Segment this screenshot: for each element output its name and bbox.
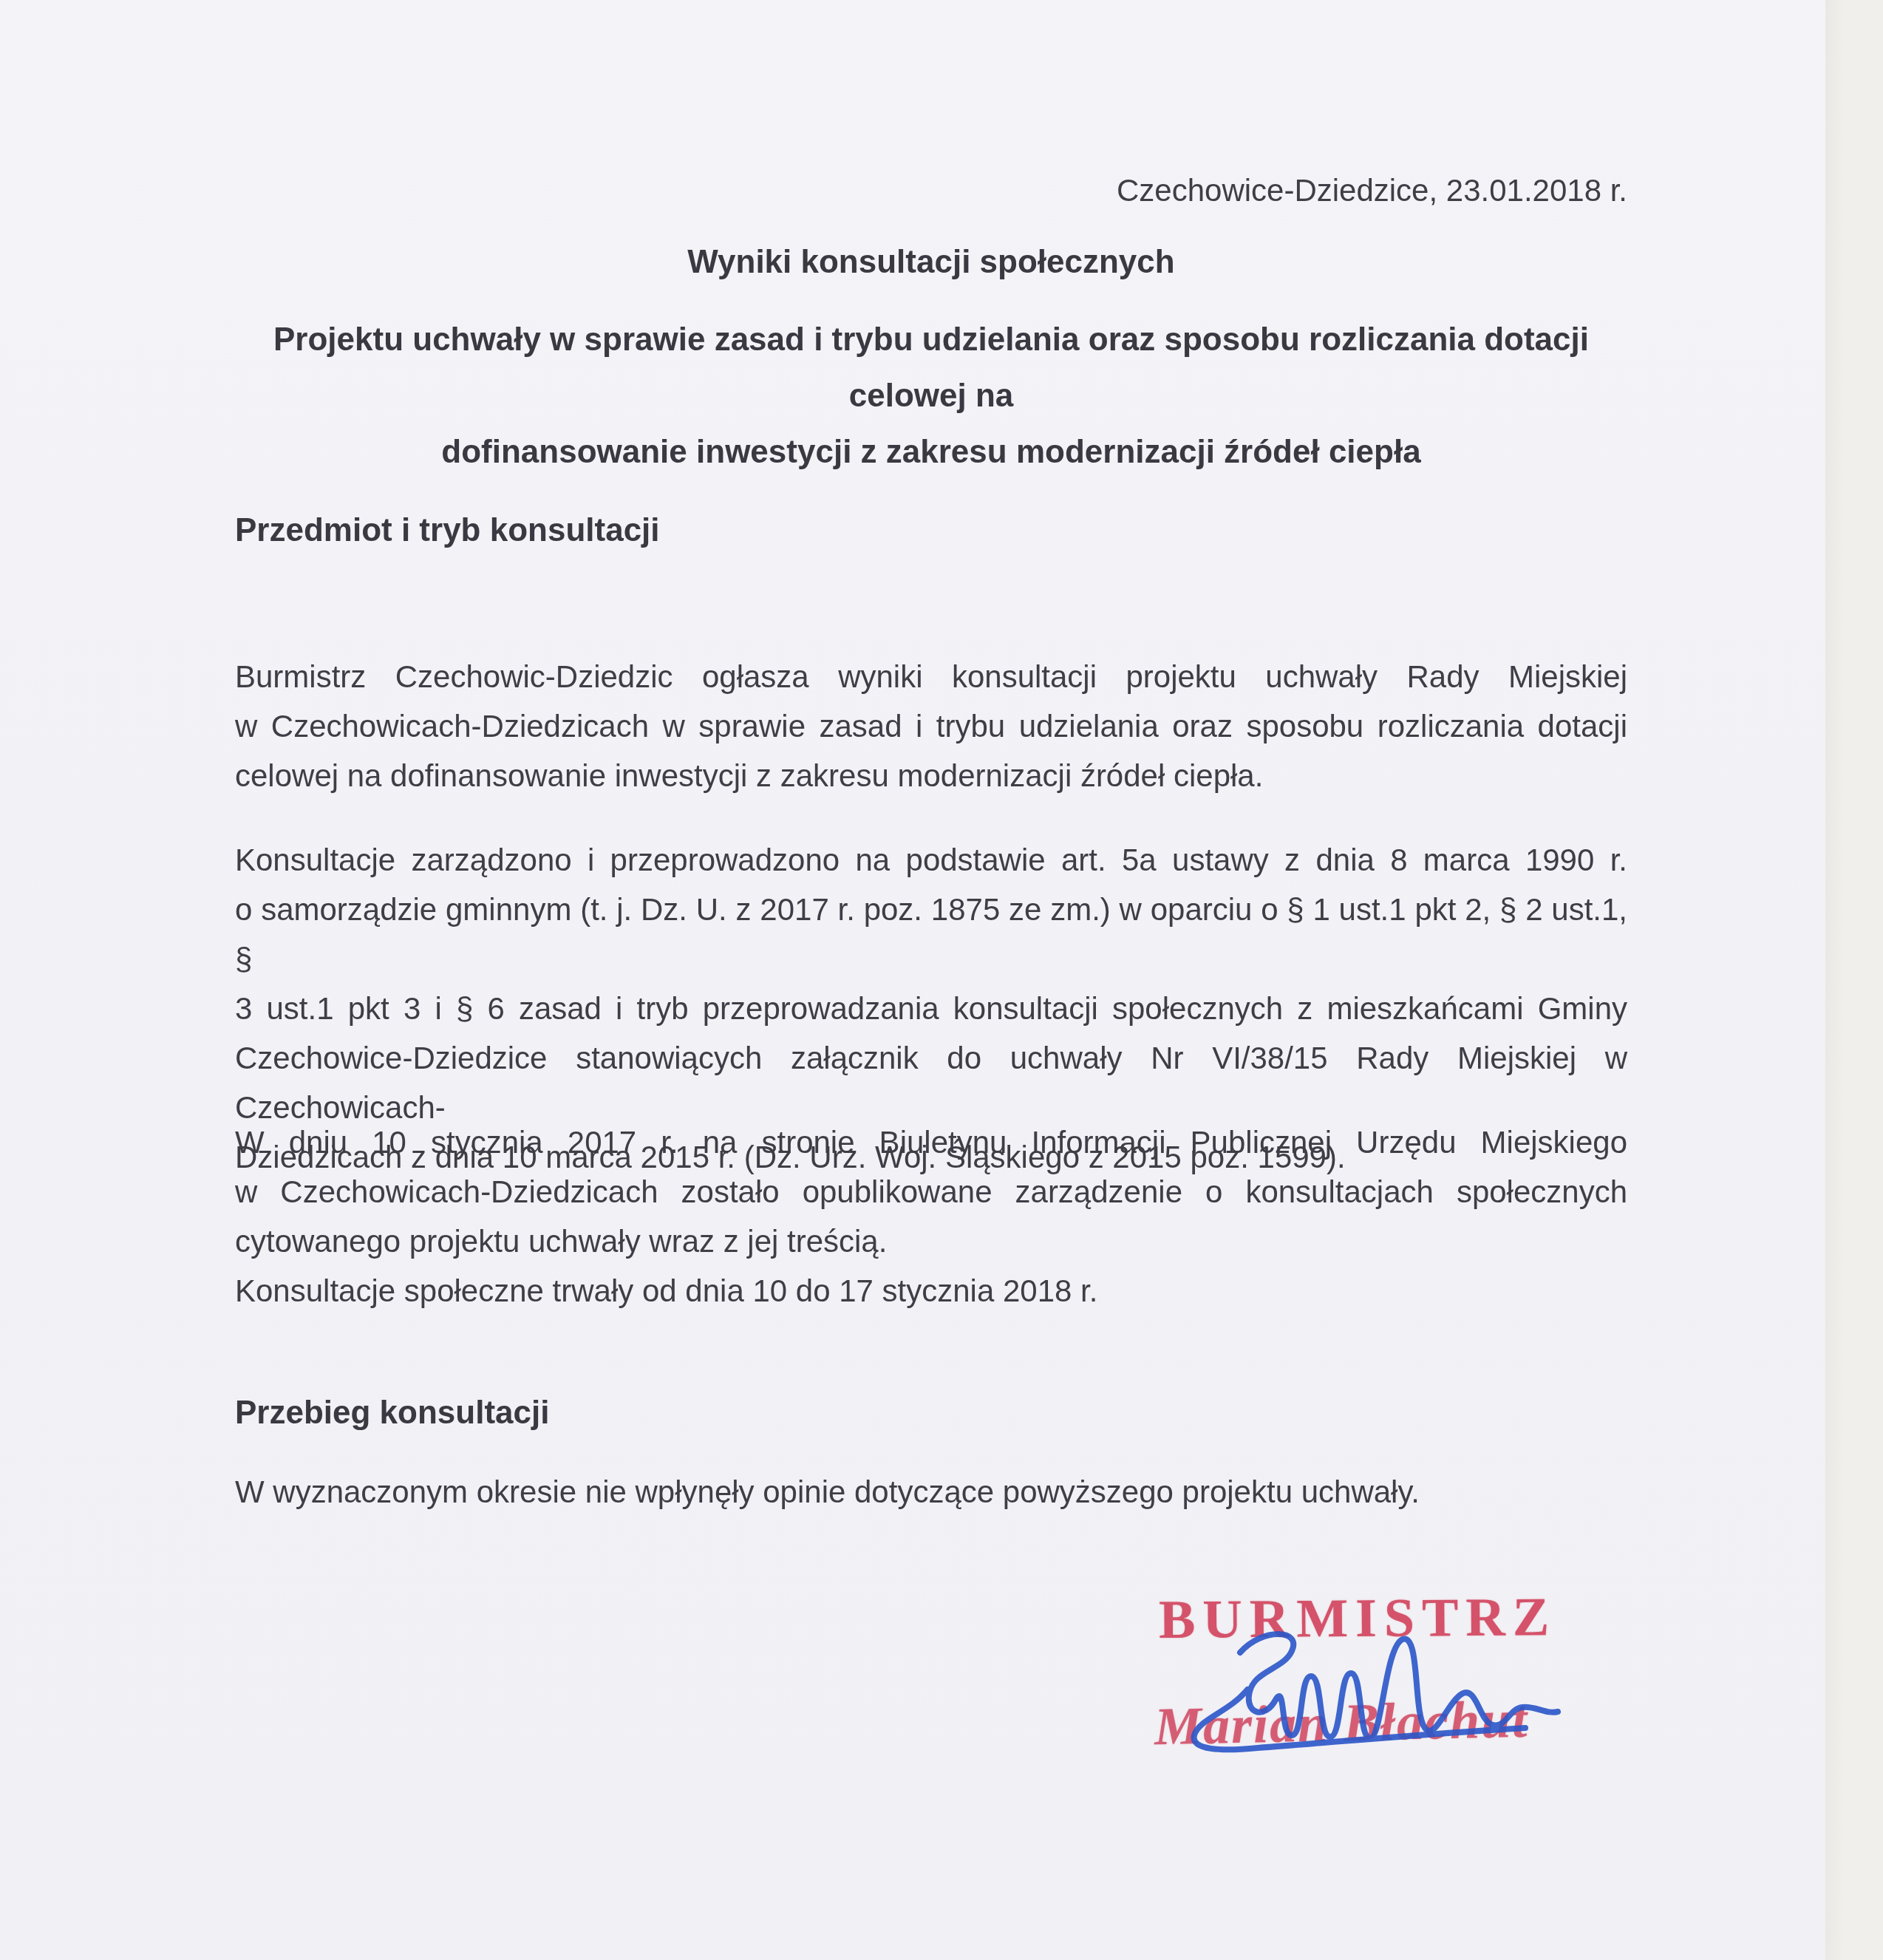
paragraph-line: o samorządzie gminnym (t. j. Dz. U. z 20… <box>235 885 1627 984</box>
subtitle-line: dofinansowanie inwestycji z zakresu mode… <box>235 424 1627 480</box>
handwritten-signature <box>1175 1624 1589 1765</box>
section-heading-subject: Przedmiot i tryb konsultacji <box>235 508 660 553</box>
paragraph-line: w Czechowicach-Dziedzicach zostało opubl… <box>235 1167 1627 1217</box>
course-result-text: W wyznaczonym okresie nie wpłynęły opini… <box>235 1467 1627 1517</box>
paragraph-line: W dniu 10 stycznia 2017 r. na stronie Bi… <box>235 1117 1627 1167</box>
paragraph-announcement: Burmistrz Czechowic-Dziedzic ogłasza wyn… <box>235 652 1627 800</box>
paragraph-line: Burmistrz Czechowic-Dziedzic ogłasza wyn… <box>235 652 1627 701</box>
paragraph-publication: W dniu 10 stycznia 2017 r. na stronie Bi… <box>235 1117 1627 1316</box>
paragraph-line: celowej na dofinansowanie inwestycji z z… <box>235 751 1627 800</box>
paragraph-line: cytowanego projektu uchwały wraz z jej t… <box>235 1217 1627 1266</box>
scanner-background-strip <box>1825 0 1883 1960</box>
signature-stroke-main <box>1240 1634 1558 1738</box>
section-heading-course: Przebieg konsultacji <box>235 1391 549 1435</box>
document-title: Wyniki konsultacji społecznych <box>235 244 1627 281</box>
scanned-document: Czechowice-Dziedzice, 23.01.2018 r. Wyni… <box>0 0 1883 1960</box>
paragraph-line: 3 ust.1 pkt 3 i § 6 zasad i tryb przepro… <box>235 984 1627 1033</box>
document-subtitle: Projektu uchwały w sprawie zasad i trybu… <box>235 312 1627 480</box>
paragraph-line: w Czechowicach-Dziedzicach w sprawie zas… <box>235 701 1627 751</box>
subtitle-line: Projektu uchwały w sprawie zasad i trybu… <box>235 312 1627 424</box>
paragraph-line: Konsultacje społeczne trwały od dnia 10 … <box>235 1266 1627 1316</box>
dateline: Czechowice-Dziedzice, 23.01.2018 r. <box>235 169 1627 213</box>
paragraph-line: Konsultacje zarządzono i przeprowadzono … <box>235 835 1627 885</box>
